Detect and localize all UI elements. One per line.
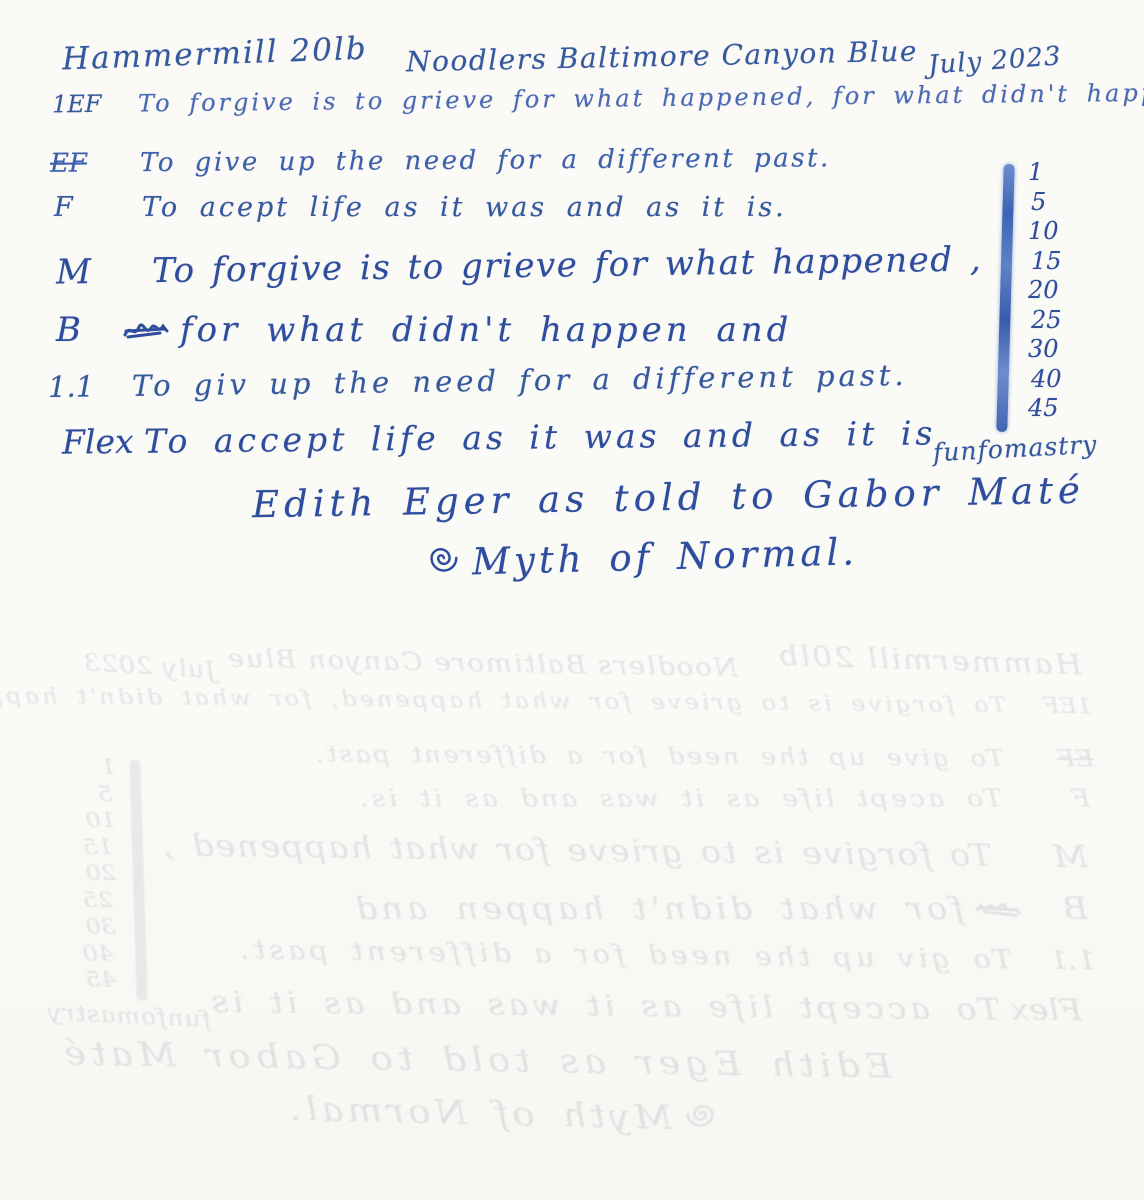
test-sentence: To give up the need for a different past… — [140, 143, 831, 178]
test-sentence: To forgive is to grieve for what happene… — [152, 240, 983, 292]
dry-time-tick: 30 — [1028, 335, 1059, 365]
test-line-m: M To forgive is to grieve for what happe… — [56, 240, 983, 293]
test-line-f: F To acept life as it was and as it is. — [54, 192, 787, 223]
test-sentence: for what didn't happen and — [180, 310, 792, 350]
dry-time-tick: 5 — [1031, 188, 1062, 218]
ink-name: Noodlers Baltimore Canyon Blue — [406, 35, 919, 79]
nib-label-m: M — [56, 251, 153, 292]
nib-label-f: F — [54, 192, 142, 223]
dry-time-tick: 45 — [1028, 394, 1059, 424]
nib-label-1ef: 1EF — [52, 89, 138, 118]
paper-name: Hammermill 20lb — [61, 31, 368, 78]
test-line-ef: EF To give up the need for a different p… — [50, 143, 831, 178]
nib-label-1-1-stub: 1.1 — [48, 369, 132, 404]
test-line-flex: Flex To accept life as it was and as it … — [62, 413, 937, 461]
writer-handle: funfomastry — [932, 430, 1098, 468]
scanned-ink-test-page: Hammermill 20lb Noodlers Baltimore Canyo… — [0, 0, 1144, 1200]
nib-label-ef: EF — [50, 148, 140, 179]
nib-label-flex: Flex — [62, 422, 144, 462]
test-sentence: To forgive is to grieve for what happene… — [138, 78, 1144, 118]
dry-time-ink-swab — [996, 164, 1014, 432]
dry-time-tick: 1 — [1028, 158, 1059, 188]
date: July 2023 — [927, 41, 1062, 80]
front-side-writing: Hammermill 20lb Noodlers Baltimore Canyo… — [0, 0, 1144, 1200]
dry-time-scale: 1 5 10 15 20 25 30 40 45 — [1028, 158, 1059, 424]
test-line-b: B for what didn't happen and — [56, 310, 792, 350]
dry-time-tick: 40 — [1031, 365, 1062, 395]
dry-time-tick: 25 — [1031, 306, 1062, 336]
nib-label-b: B — [56, 310, 122, 350]
test-sentence: To acept life as it was and as it is. — [142, 192, 787, 223]
dry-time-tick: 20 — [1028, 276, 1059, 306]
book-title-line: Myth of Normal. — [423, 528, 858, 586]
crossed-out-scribble — [122, 310, 170, 350]
test-sentence: To accept life as it was and as it is — [144, 413, 937, 460]
quote-attribution: Edith Eger as told to Gabor Maté — [252, 469, 1086, 527]
spiral-doodle-icon — [423, 539, 462, 587]
dry-time-tick: 15 — [1031, 247, 1062, 277]
test-line-stub: 1.1 To giv up the need for a different p… — [48, 358, 908, 404]
book-title: Myth of Normal. — [471, 530, 858, 583]
test-sentence: To giv up the need for a different past. — [132, 358, 908, 403]
dry-time-tick: 10 — [1028, 217, 1059, 247]
test-line-1ef: 1EF To forgive is to grieve for what hap… — [52, 78, 1144, 119]
